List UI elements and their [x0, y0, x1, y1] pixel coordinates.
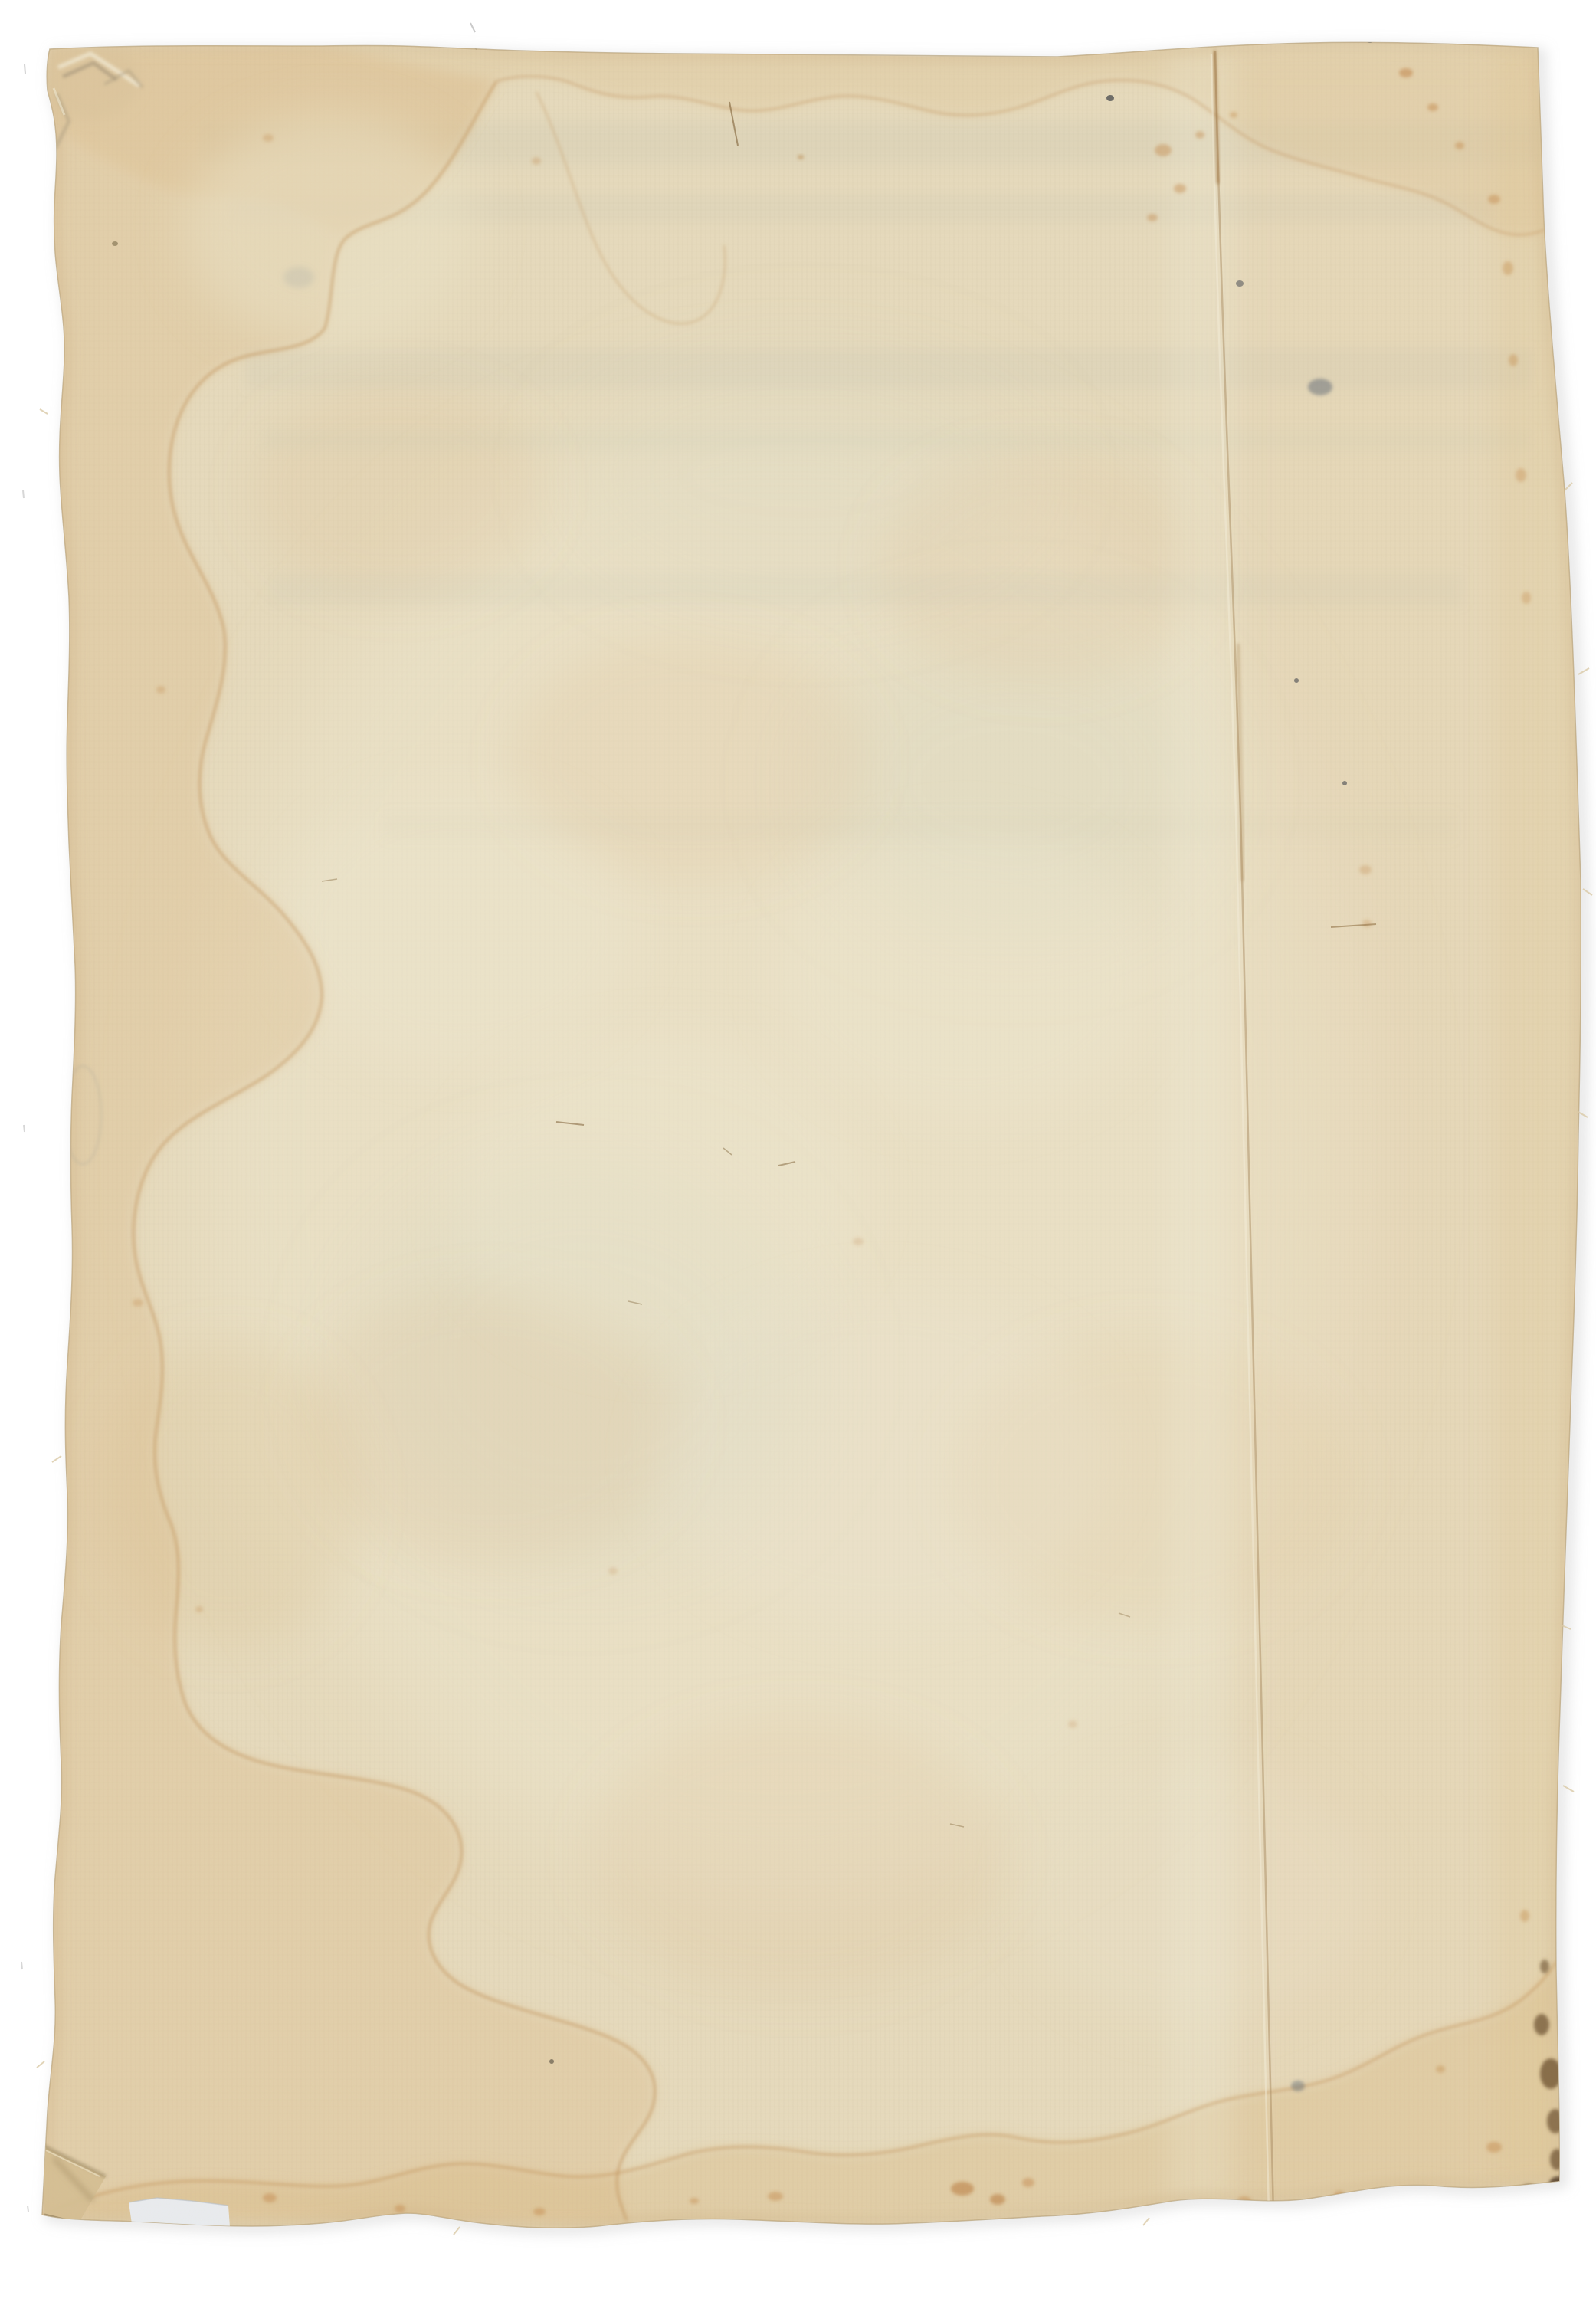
deckle-fuzz	[1143, 2218, 1149, 2225]
deckle-fuzz	[454, 2227, 460, 2235]
scan-dust	[28, 2206, 28, 2212]
scan-dust	[25, 64, 25, 74]
scan-dust	[23, 490, 24, 498]
deckle-fuzz	[52, 1456, 61, 1462]
scan-dust	[470, 23, 475, 32]
scan-dust	[24, 1125, 25, 1132]
photo-stage	[0, 0, 1596, 2299]
paper-photo-svg	[0, 0, 1596, 2299]
deckle-fuzz	[37, 2061, 44, 2068]
deckle-fuzz	[40, 409, 48, 414]
scan-dust	[21, 1962, 22, 1969]
paper-surface-layers	[31, 31, 1594, 2238]
paper-grain-noise	[31, 31, 1594, 2238]
